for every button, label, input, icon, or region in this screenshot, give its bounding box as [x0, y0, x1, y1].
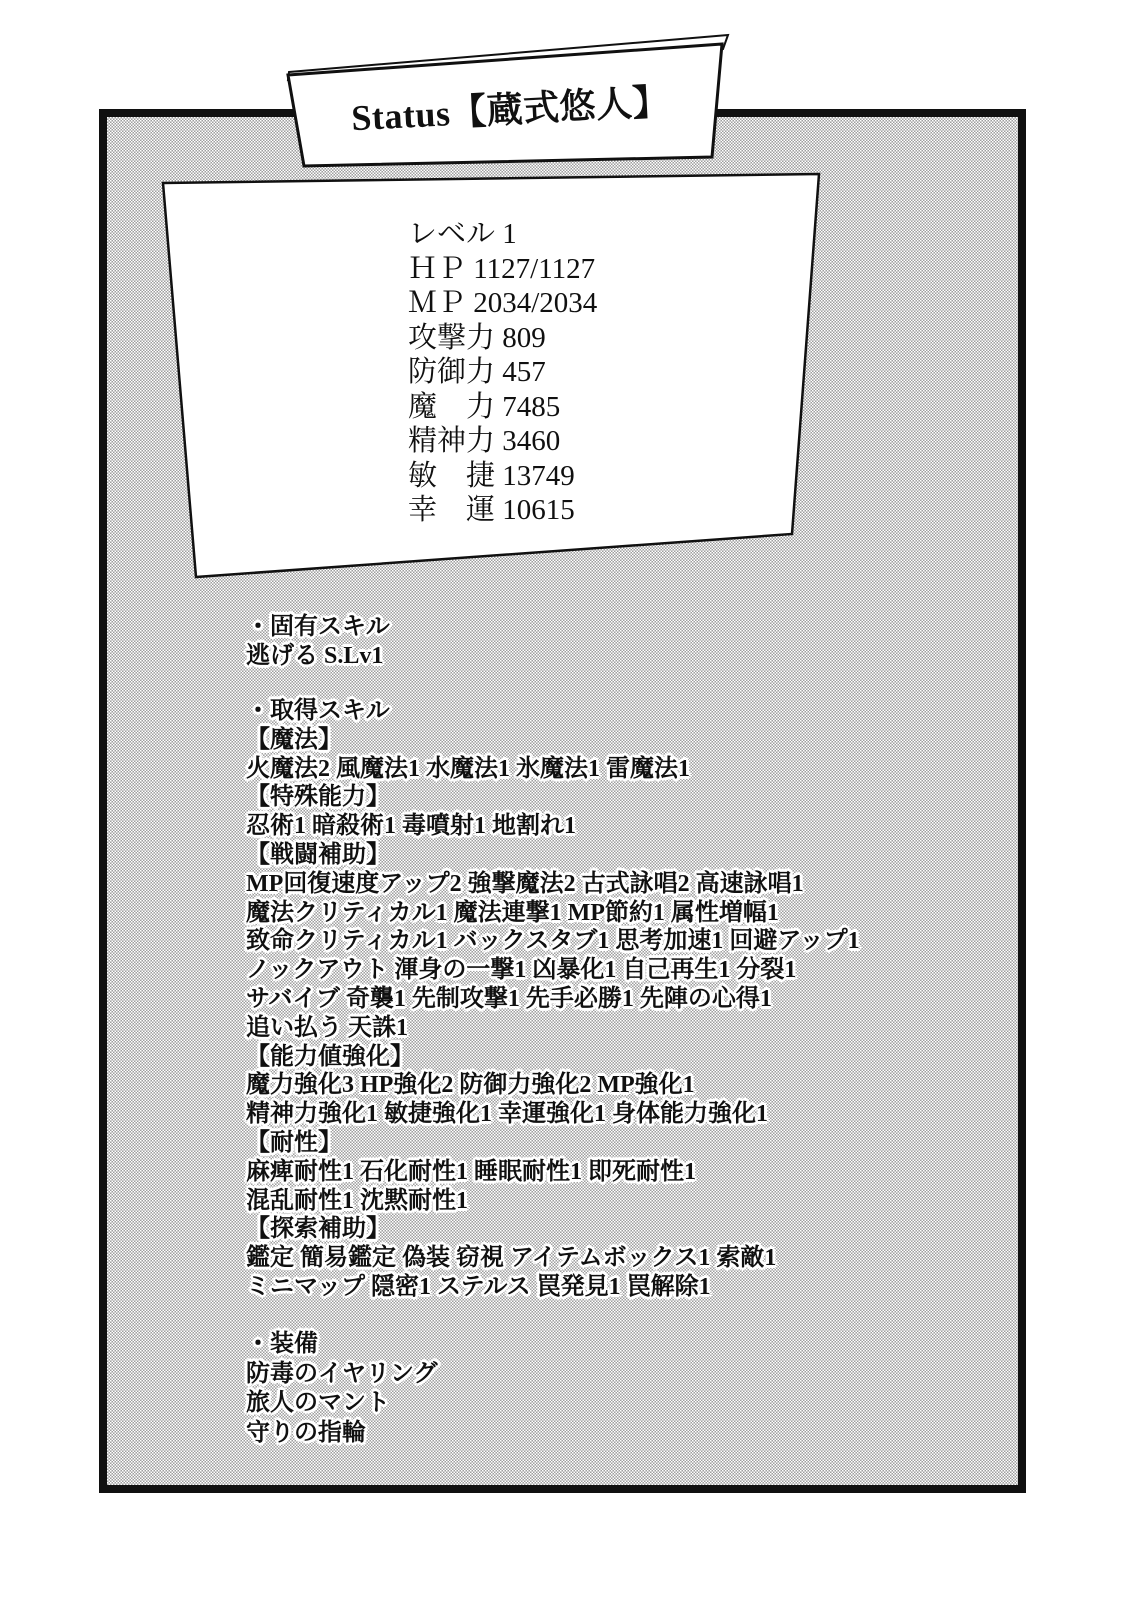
skill-line: 忍術1 暗殺術1 毒噴射1 地割れ1: [246, 812, 886, 841]
skill-category: 【探索補助】: [246, 1215, 886, 1244]
skill-line: MP回復速度アップ2 強撃魔法2 古式詠唱2 高速詠唱1: [246, 870, 886, 899]
skill-line: 逃げる S.Lv1: [246, 642, 886, 671]
skill-line: 鑑定 簡易鑑定 偽装 窃視 アイテムボックス1 索敵1: [246, 1244, 886, 1273]
skill-category: 【耐性】: [246, 1129, 886, 1158]
skill-category: 【能力値強化】: [246, 1043, 886, 1072]
skill-category: 【特殊能力】: [246, 783, 886, 812]
skill-line: 魔力強化3 HP強化2 防御力強化2 MP強化1: [246, 1071, 886, 1100]
acquired-skills-section: ・取得スキル 【魔法】 火魔法2 風魔法1 水魔法1 氷魔法1 雷魔法1 【特殊…: [246, 697, 886, 1302]
skill-line: ノックアウト 渾身の一撃1 凶暴化1 自己再生1 分裂1: [246, 956, 886, 985]
stat-line-magic: 魔 力 7485: [408, 390, 768, 425]
skill-category: 【魔法】: [246, 726, 886, 755]
skill-line: 魔法クリティカル1 魔法連撃1 MP節約1 属性増幅1: [246, 899, 886, 928]
stat-line-mp: ＭＰ 2034/2034: [408, 286, 768, 321]
skill-line: 精神力強化1 敏捷強化1 幸運強化1 身体能力強化1: [246, 1100, 886, 1129]
equipment-heading: ・装備: [246, 1330, 886, 1360]
unique-skills-section: ・固有スキル 逃げる S.Lv1: [246, 613, 886, 671]
skill-line: 混乱耐性1 沈黙耐性1: [246, 1187, 886, 1216]
stat-line-agility: 敏 捷 13749: [408, 459, 768, 494]
stat-line-defense: 防御力 457: [408, 355, 768, 390]
skill-category: 【戦闘補助】: [246, 841, 886, 870]
equipment-section: ・装備 防毒のイヤリング 旅人のマント 守りの指輪: [246, 1330, 886, 1449]
unique-skills-heading: ・固有スキル: [246, 613, 886, 642]
skill-line: ミニマップ 隠密1 ステルス 罠発見1 罠解除1: [246, 1273, 886, 1302]
skill-line: 火魔法2 風魔法1 水魔法1 氷魔法1 雷魔法1: [246, 755, 886, 784]
skill-line: 追い払う 天誅1: [246, 1014, 886, 1043]
stat-line-level: レベル 1: [408, 217, 768, 252]
stat-line-hp: ＨＰ 1127/1127: [408, 252, 768, 287]
manga-status-page: Status【蔵式悠人】 レベル 1 ＨＰ 1127/1127 ＭＰ 2034/…: [0, 0, 1125, 1600]
stats-card-text: レベル 1 ＨＰ 1127/1127 ＭＰ 2034/2034 攻撃力 809 …: [408, 217, 768, 528]
equipment-item: 旅人のマント: [246, 1389, 886, 1419]
skill-line: 麻痺耐性1 石化耐性1 睡眠耐性1 即死耐性1: [246, 1158, 886, 1187]
stat-line-attack: 攻撃力 809: [408, 321, 768, 356]
skill-line: サバイブ 奇襲1 先制攻撃1 先手必勝1 先陣の心得1: [246, 985, 886, 1014]
stat-line-spirit: 精神力 3460: [408, 424, 768, 459]
equipment-item: 防毒のイヤリング: [246, 1360, 886, 1390]
skill-line: 致命クリティカル1 バックスタブ1 思考加速1 回避アップ1: [246, 927, 886, 956]
acquired-skills-heading: ・取得スキル: [246, 697, 886, 726]
stat-line-luck: 幸 運 10615: [408, 493, 768, 528]
equipment-item: 守りの指輪: [246, 1419, 886, 1449]
skills-and-equipment: ・固有スキル 逃げる S.Lv1 ・取得スキル 【魔法】 火魔法2 風魔法1 水…: [246, 613, 886, 1449]
